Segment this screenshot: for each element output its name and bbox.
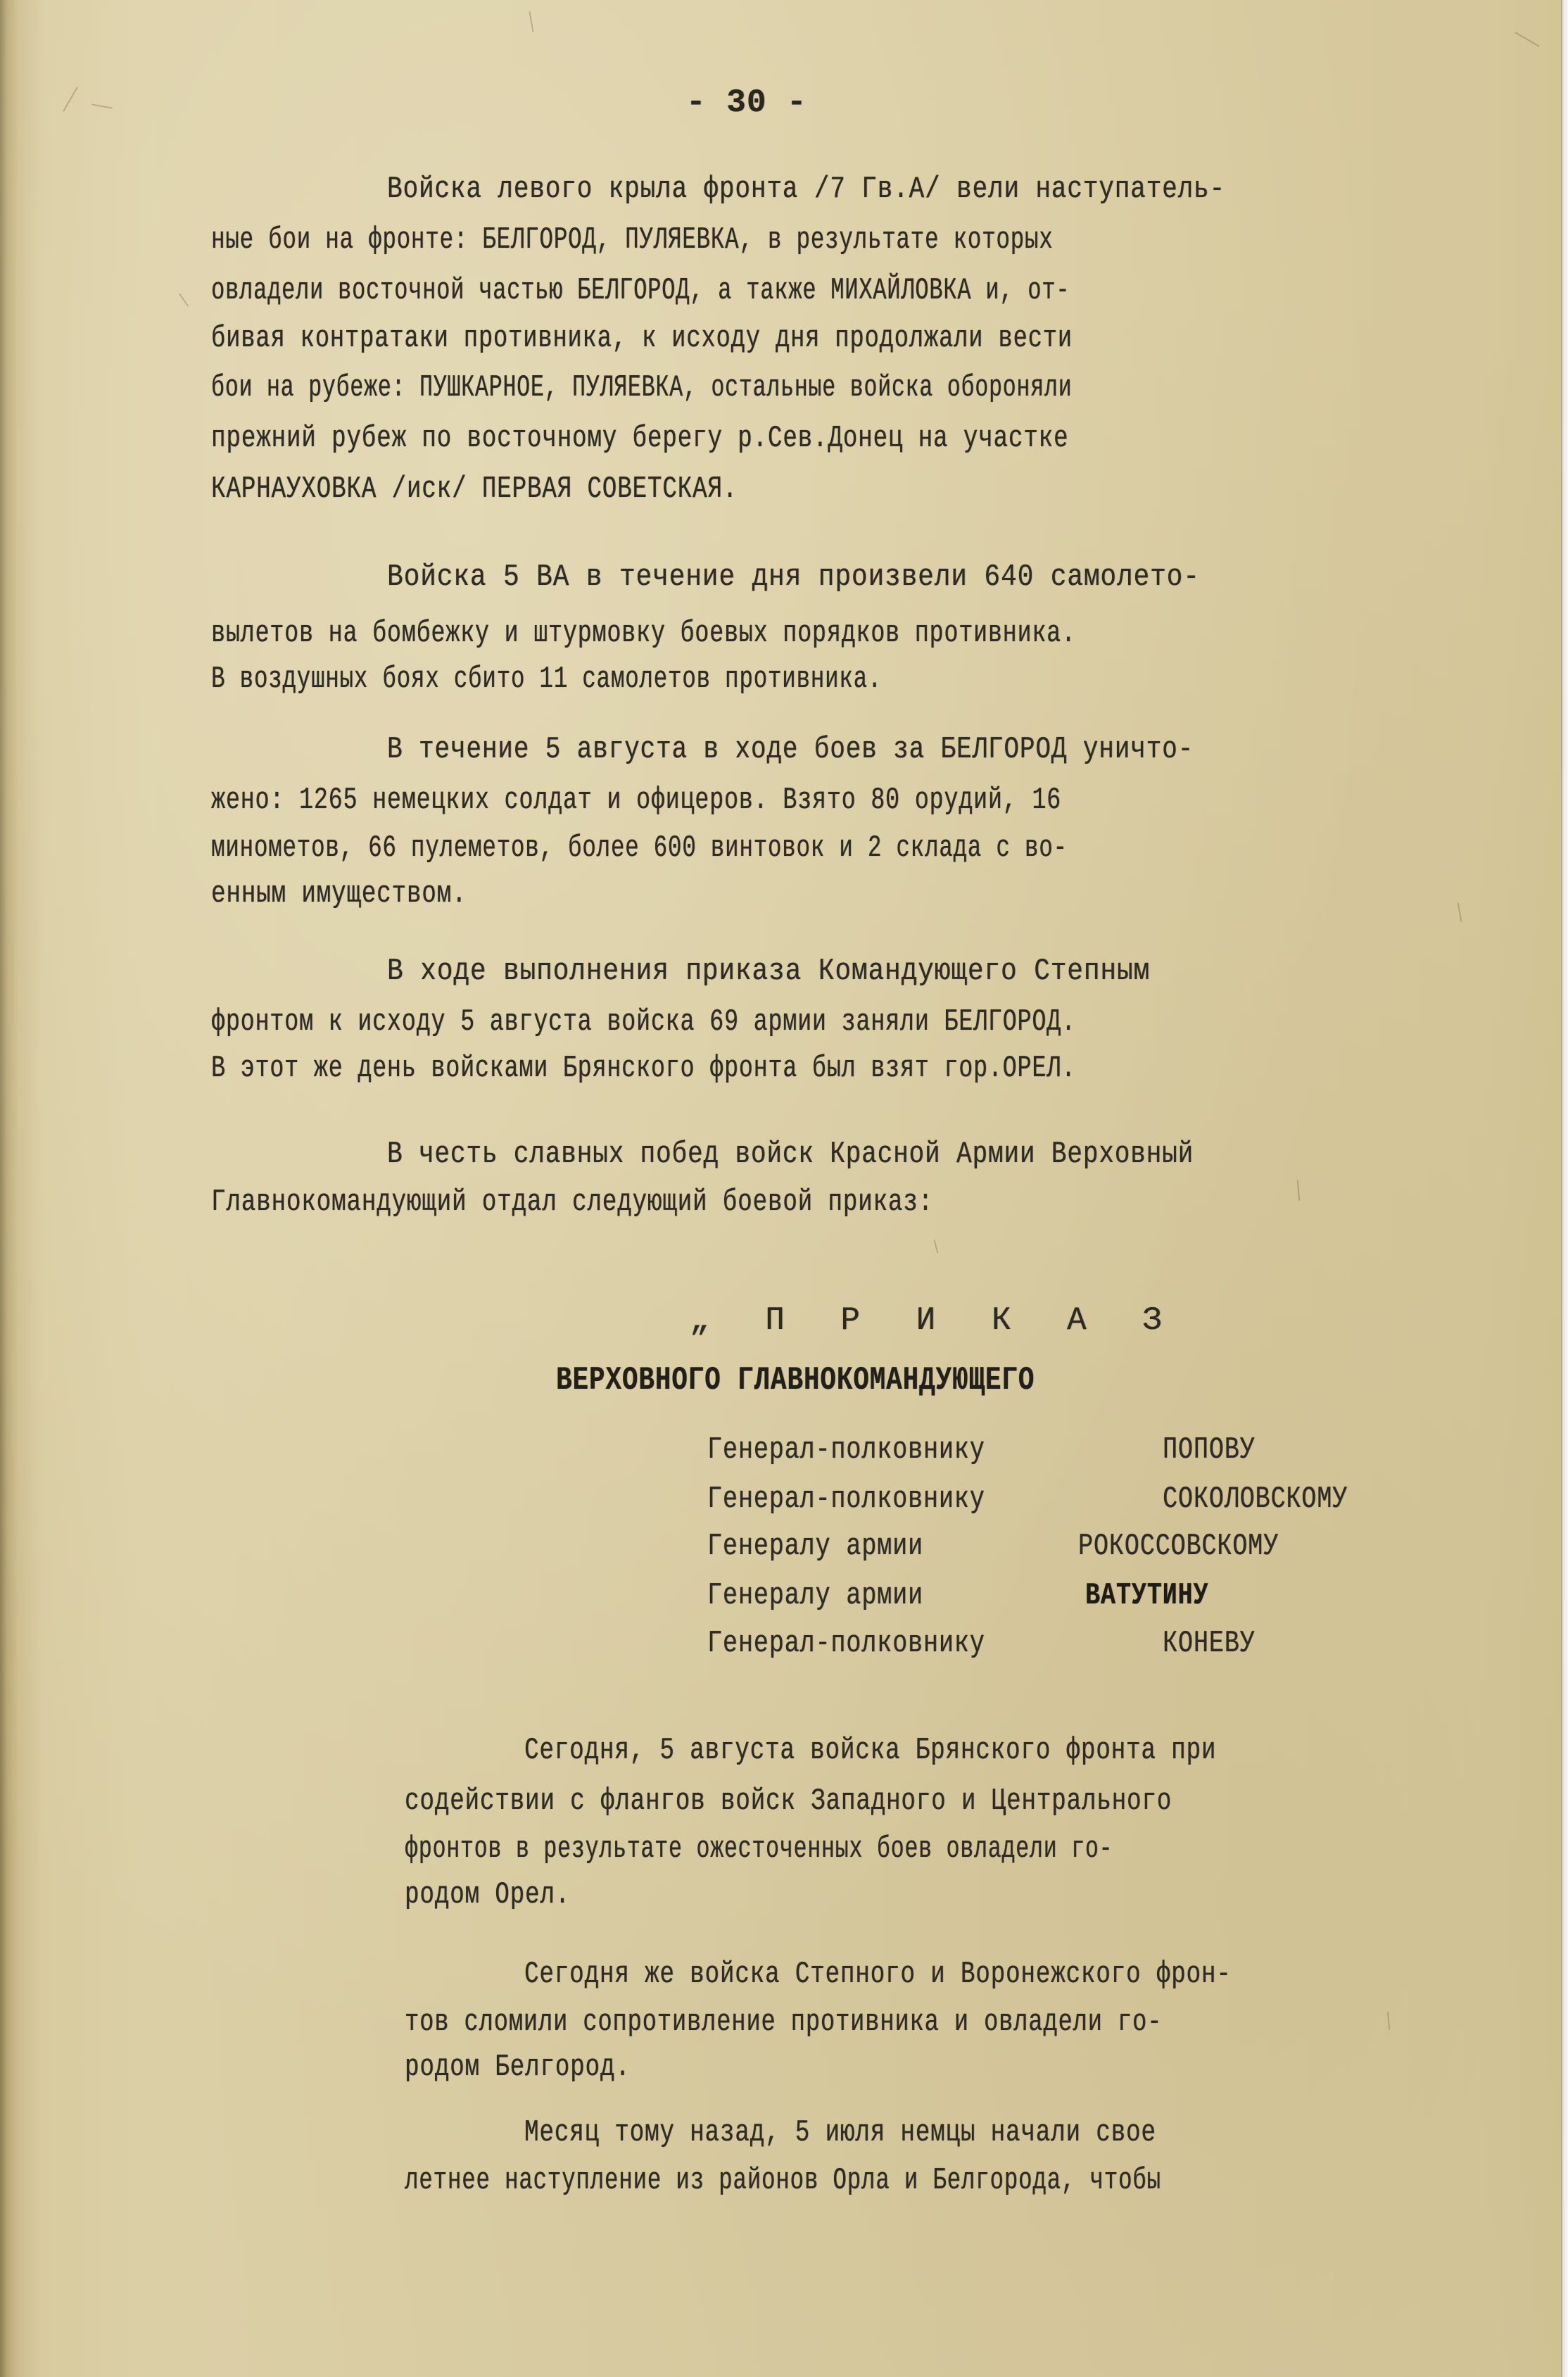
text-line: летнее наступление из районов Орла и Бел… [405,2163,1161,2198]
addressee-name: РОКОССОВСКОМУ [1078,1529,1279,1564]
addressee-rank: Генерал-полковнику [707,1626,1023,1661]
paper-fiber [529,11,533,32]
text-line: ные бои на фронте: БЕЛГОРОД, ПУЛЯЕВКА, в… [211,222,1053,258]
text-line: фронтов в результате ожесточенных боев о… [405,1831,1113,1867]
text-line: Месяц тому назад, 5 июля немцы начали св… [524,2115,1156,2150]
text-line: родом Белгород. [405,2050,631,2085]
paper-fiber [933,1240,938,1254]
paper-fiber [91,103,113,108]
paper-fiber [1297,1180,1301,1201]
text-line: бивая контратаки противника, к исходу дн… [211,321,1073,356]
text-line: В течение 5 августа в ходе боев за БЕЛГО… [387,732,1194,767]
text-line: содействии с флангов войск Западного и Ц… [405,1784,1172,1819]
page-number: - 30 - [686,84,807,121]
text-line: В честь славных побед войск Красной Арми… [387,1137,1194,1172]
addressee-rank: Генерал-полковнику [707,1482,1023,1517]
document-page: - 30 - Войска левого крыла фронта /7 Гв.… [0,0,1561,2377]
text-line: тов сломили сопротивление противника и о… [405,2005,1162,2040]
text-line: овладели восточной частью БЕЛГОРОД, а та… [211,273,1070,308]
paper-fiber [63,87,78,112]
text-line: В этот же день войсками Брянского фронта… [211,1051,1076,1086]
paper-fiber [1458,902,1462,922]
text-line: Сегодня, 5 августа войска Брянского фрон… [524,1733,1216,1768]
text-line: КАРНАУХОВКА /иск/ ПЕРВАЯ СОВЕТСКАЯ. [211,472,738,507]
text-line: вылетов на бомбежку и штурмовку боевых п… [211,616,1076,651]
text-line: Войска левого крыла фронта /7 Гв.А/ вели… [387,172,1225,207]
addressee-rokossovsky: Генералу армии РОКОССОВСКОМУ [707,1529,1329,1564]
addressee-rank: Генералу армии [707,1578,978,1613]
text-line: В воздушных боях сбито 11 самолетов прот… [211,662,882,697]
scan-margin [1561,0,1568,2377]
addressee-sokolovsky: Генерал-полковнику СОКОЛОВСКОМУ [707,1482,1394,1517]
addressee-rank: Генерал-полковнику [707,1432,1023,1468]
addressee-name: КОНЕВУ [1163,1626,1256,1661]
text-line: жено: 1265 немецких солдат и офицеров. В… [211,783,1061,818]
text-line: минометов, 66 пулеметов, более 600 винто… [211,831,1068,866]
paper-fiber [1515,32,1540,47]
paper-fiber [179,293,189,306]
addressee-konev: Генерал-полковнику КОНЕВУ [707,1626,1279,1661]
text-line: В ходе выполнения приказа Командующего С… [387,954,1150,989]
text-line: прежний рубеж по восточному берегу р.Сев… [211,421,1068,456]
addressee-name: СОКОЛОВСКОМУ [1163,1482,1348,1517]
addressee-vatutin: Генералу армии ВАТУТИНУ [707,1578,1240,1613]
order-title: „ П Р И К А З [690,1302,1180,1339]
text-line: Сегодня же войска Степного и Воронежског… [524,1957,1232,1992]
text-line: енным имуществом. [211,876,467,912]
addressee-name: ВАТУТИНУ [1085,1578,1208,1613]
text-line: бои на рубеже: ПУШКАРНОЕ, ПУЛЯЕВКА, оста… [211,370,1072,405]
addressee-rank: Генералу армии [707,1529,978,1564]
text-line: Главнокомандующий отдал следующий боевой… [211,1185,933,1220]
order-subtitle: ВЕРХОВНОГО ГЛАВНОКОМАНДУЮЩЕГО [556,1362,1035,1399]
text-line: фронтом к исходу 5 августа войска 69 арм… [211,1004,1076,1040]
addressee-popov: Генерал-полковнику ПОПОВУ [707,1432,1279,1468]
paper-fiber [1387,2012,1390,2030]
addressee-name: ПОПОВУ [1163,1432,1256,1468]
text-line: родом Орел. [405,1877,570,1912]
text-line: Войска 5 ВА в течение дня произвели 640 … [387,560,1200,595]
